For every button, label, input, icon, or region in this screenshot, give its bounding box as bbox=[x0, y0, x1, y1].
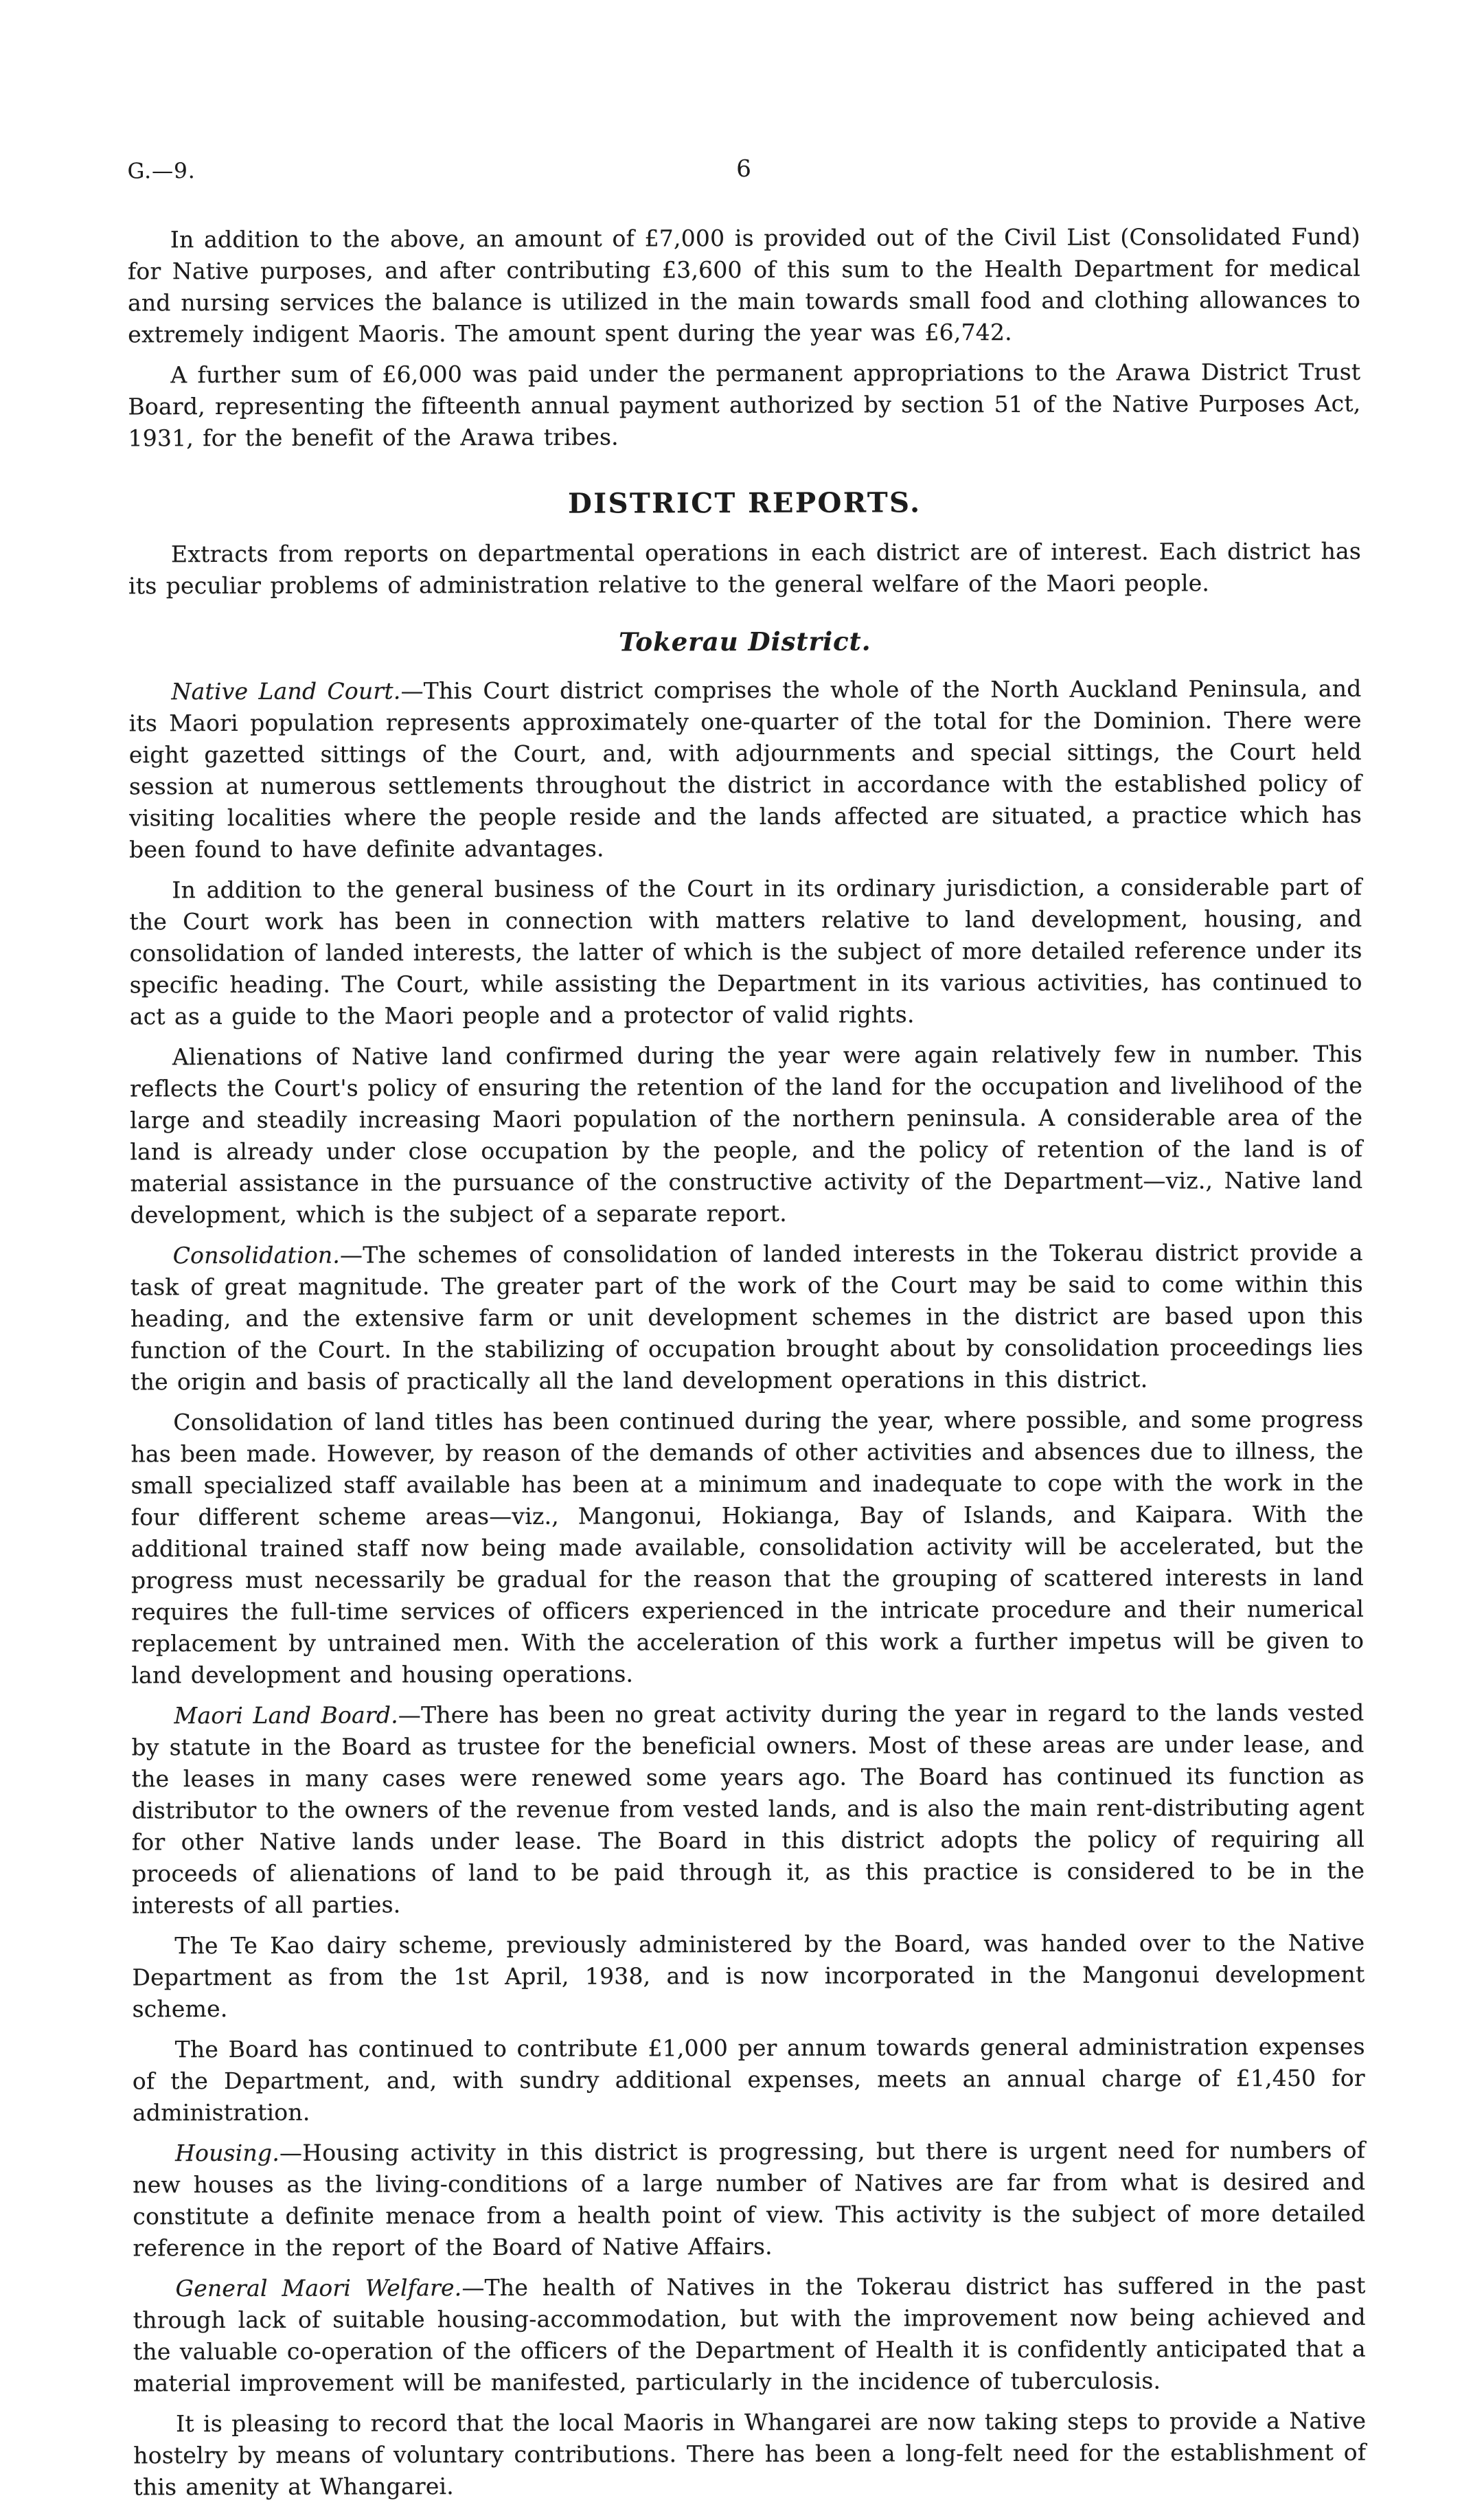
paragraph: The Te Kao dairy scheme, previously admi… bbox=[132, 1927, 1365, 2026]
paragraph: Maori Land Board.—There has been no grea… bbox=[131, 1697, 1365, 1922]
paragraph-text: In addition to the above, an amount of £… bbox=[128, 223, 1360, 348]
paragraph-text: Housing activity in this district is pro… bbox=[133, 2137, 1365, 2262]
document-reference: G.—9. bbox=[128, 158, 534, 184]
paragraph: Housing.—Housing activity in this distri… bbox=[133, 2135, 1365, 2265]
paragraph-separator: — bbox=[279, 2140, 302, 2166]
paragraph-separator: — bbox=[400, 677, 423, 704]
paragraph-text: In addition to the general business of t… bbox=[129, 874, 1362, 1030]
paragraph-text: The Board has continued to contribute £1… bbox=[133, 2033, 1365, 2126]
paragraph-lead: Maori Land Board. bbox=[174, 1701, 398, 1729]
paragraph-lead: General Maori Welfare. bbox=[176, 2274, 462, 2302]
page-number: 6 bbox=[534, 155, 953, 183]
paragraph: Consolidation.—The schemes of consolidat… bbox=[130, 1237, 1364, 1398]
paragraph-text: Alienations of Native land confirmed dur… bbox=[130, 1041, 1362, 1229]
paragraph-separator: — bbox=[398, 1701, 421, 1728]
paragraph-lead: Consolidation. bbox=[173, 1242, 340, 1269]
header-spacer bbox=[953, 175, 1360, 177]
paragraph: Extracts from reports on departmental op… bbox=[128, 536, 1361, 602]
paragraph: The Board has continued to contribute £1… bbox=[133, 2031, 1365, 2129]
paragraph-text: Extracts from reports on departmental op… bbox=[128, 538, 1361, 600]
district-heading: Tokerau District. bbox=[128, 625, 1361, 659]
paragraph-text: The Te Kao dairy scheme, previously admi… bbox=[132, 1929, 1365, 2023]
paragraph: It is pleasing to record that the local … bbox=[133, 2405, 1366, 2504]
paragraph-text: There has been no great activity during … bbox=[132, 1699, 1365, 1919]
section-heading: DISTRICT REPORTS. bbox=[128, 486, 1361, 521]
paragraph-separator: — bbox=[461, 2274, 484, 2301]
paragraph-separator: — bbox=[340, 1241, 363, 1268]
document-page: G.—9. 6 In addition to the above, an amo… bbox=[0, 0, 1484, 2507]
paragraph-lead: Native Land Court. bbox=[172, 677, 401, 705]
paragraph-text: Consolidation of land titles has been co… bbox=[130, 1406, 1364, 1689]
paragraph: A further sum of £6,000 was paid under t… bbox=[128, 356, 1360, 455]
paragraph-lead: Housing. bbox=[175, 2140, 279, 2166]
paragraph: Native Land Court.—This Court district c… bbox=[128, 673, 1362, 866]
paragraph-text: It is pleasing to record that the local … bbox=[133, 2407, 1366, 2501]
paragraph: Alienations of Native land confirmed dur… bbox=[130, 1039, 1363, 1232]
page-header: G.—9. 6 bbox=[128, 154, 1360, 185]
paragraph-text: A further sum of £6,000 was paid under t… bbox=[128, 359, 1360, 452]
paragraph: In addition to the general business of t… bbox=[129, 872, 1362, 1033]
page-content: G.—9. 6 In addition to the above, an amo… bbox=[128, 154, 1367, 2507]
paragraph: General Maori Welfare.—The health of Nat… bbox=[133, 2270, 1366, 2400]
paragraph: Consolidation of land titles has been co… bbox=[130, 1404, 1364, 1692]
paragraph: In addition to the above, an amount of £… bbox=[128, 221, 1360, 351]
